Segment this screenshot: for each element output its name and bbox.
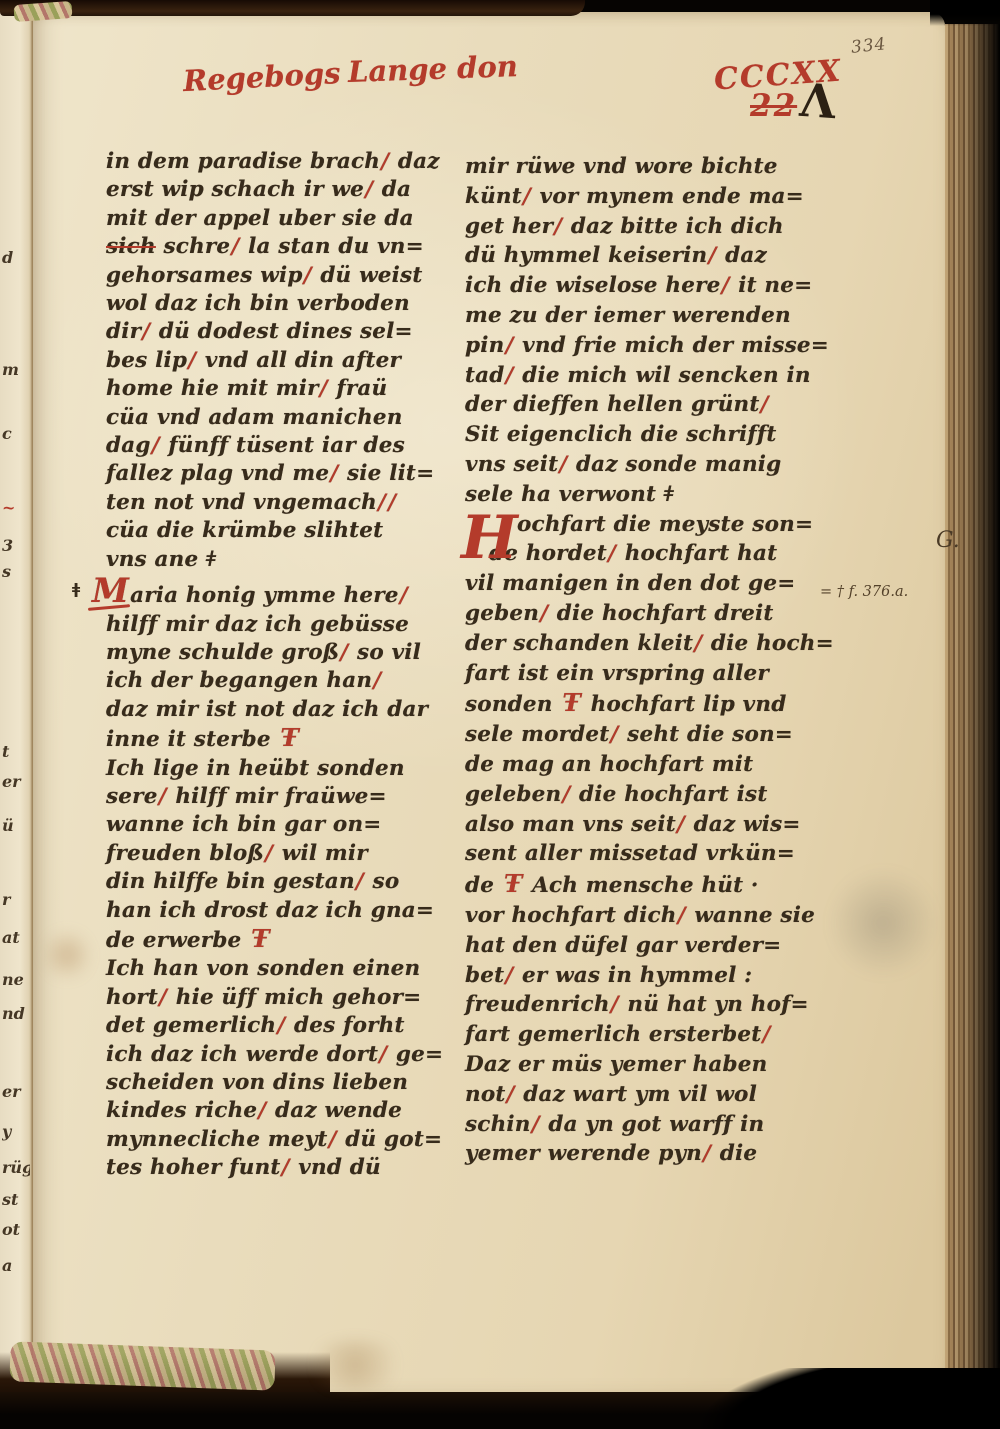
text-line: vil manigen in den dot ge= bbox=[465, 569, 834, 599]
text-line: also man vns seit/ daz wis= bbox=[465, 810, 834, 840]
rubric-virgule: / bbox=[610, 722, 618, 747]
rubric-virgule: / bbox=[608, 541, 616, 566]
rubric-virgule: / bbox=[523, 184, 531, 209]
rubric-virgule: / bbox=[761, 392, 769, 417]
text-line: erst wip schach ir we/ da bbox=[106, 176, 443, 204]
text-line: det gemerlich/ des forht bbox=[106, 1012, 443, 1040]
text-line: mir rüwe vnd wore bichte bbox=[465, 152, 834, 182]
rubric-virgule: / bbox=[400, 583, 408, 608]
rubric-virgule: / bbox=[142, 319, 150, 344]
text-line: din hilffe bin gestan/ so bbox=[106, 868, 443, 896]
text-line: me zu der iemer werenden bbox=[465, 301, 834, 331]
text-line: tes hoher funt/ vnd dü bbox=[106, 1154, 443, 1182]
text-line: wanne ich bin gar on= bbox=[106, 811, 443, 839]
rubric-virgule: / bbox=[540, 601, 548, 626]
rubric-virgule: / bbox=[505, 333, 513, 358]
text-line: cüa vnd adam manichen bbox=[106, 404, 443, 432]
rubric-virgule: / bbox=[507, 1082, 515, 1107]
text-line: ich der begangen han/ bbox=[106, 667, 443, 695]
text-line: hort/ hie üff mich gehor= bbox=[106, 984, 443, 1012]
rubric-virgule: / bbox=[559, 452, 567, 477]
rubric-virgule: / bbox=[505, 963, 513, 988]
text-line: yemer werende pyn/ die bbox=[465, 1139, 834, 1169]
text-line: kindes riche/ daz wende bbox=[106, 1097, 443, 1125]
text-line: tad/ die mich wil sencken in bbox=[465, 361, 834, 391]
text-line: dir/ dü dodest dines sel= bbox=[106, 318, 443, 346]
rubric-virgule: / bbox=[277, 1013, 285, 1038]
text-line: sich schre/ la stan du vn= bbox=[106, 233, 443, 261]
text-line: pin/ vnd frie mich der misse= bbox=[465, 331, 834, 361]
text-line: sele ha verwont ǂ bbox=[465, 480, 834, 510]
text-line: sere/ hilff mir fraüwe= bbox=[106, 783, 443, 811]
rubric-virgule: / bbox=[677, 812, 685, 837]
text-line: sele mordet/ seht die son= bbox=[465, 720, 834, 750]
edge-letter-fragment: t bbox=[2, 742, 30, 761]
rubric-virgule: / bbox=[506, 363, 514, 388]
rubric-virgule: / bbox=[340, 640, 348, 665]
rubric-virgule: / bbox=[188, 348, 196, 373]
text-line: Daz er müs yemer haben bbox=[465, 1050, 834, 1080]
edge-letter-fragment: ot bbox=[2, 1220, 30, 1239]
rubric-virgule: / bbox=[388, 490, 396, 515]
text-line: get her/ daz bitte ich dich bbox=[465, 212, 834, 242]
text-line: in dem paradise brach/ daz bbox=[106, 148, 443, 176]
text-line: han ich drost daz ich gna= bbox=[106, 897, 443, 925]
rubric-virgule: / bbox=[722, 273, 730, 298]
rubric-virgule: / bbox=[379, 1042, 387, 1067]
rubric-virgule: / bbox=[554, 214, 562, 239]
rubric-virgule: / bbox=[159, 985, 167, 1010]
page-stain bbox=[828, 868, 938, 978]
rubric-initial: M bbox=[92, 571, 130, 610]
red-struck-word: sich bbox=[106, 234, 156, 259]
rubric-tie-mark: Ŧ bbox=[504, 869, 523, 898]
page-stain bbox=[44, 925, 90, 985]
edge-letter-fragment: nd bbox=[2, 1004, 30, 1023]
text-line: de erwerbe Ŧ bbox=[106, 925, 443, 955]
backdrop-corner bbox=[930, 0, 1000, 26]
text-line: freudenrich/ nü hat yn hof= bbox=[465, 990, 834, 1020]
edge-letter-fragment: d bbox=[2, 248, 30, 267]
text-line: ich die wiselose here/ it ne= bbox=[465, 271, 834, 301]
tone-rubric-melody: Lange don bbox=[347, 49, 518, 89]
rubric-tie-mark: Ŧ bbox=[251, 924, 270, 953]
edge-letter-fragment: s bbox=[2, 562, 30, 581]
edge-letter-fragment: c bbox=[2, 424, 30, 443]
edge-letter-fragment: m bbox=[2, 360, 30, 379]
manuscript-photo: Regebogs Lange don CCCXX 22 Λ 334 = † f.… bbox=[0, 0, 1000, 1429]
edge-letter-fragment: ~ bbox=[2, 498, 30, 517]
rubric-virgule: / bbox=[611, 992, 619, 1017]
edge-letter-fragment: ne bbox=[2, 970, 30, 989]
page-stain bbox=[300, 1340, 410, 1390]
text-line: fart ist ein vrspring aller bbox=[465, 659, 834, 689]
edge-letter-fragment: ü bbox=[2, 816, 30, 835]
rubric-virgule: / bbox=[258, 1098, 266, 1123]
text-line: schin/ da yn got warff in bbox=[465, 1110, 834, 1140]
edge-letter-fragment: rüg bbox=[2, 1158, 30, 1177]
text-line: myne schulde groß/ so vil bbox=[106, 639, 443, 667]
rubric-tie-mark: Ŧ bbox=[280, 723, 299, 752]
text-line: gehorsames wip/ dü weist bbox=[106, 262, 443, 290]
text-line: ich daz ich werde dort/ ge= bbox=[106, 1041, 443, 1069]
text-line: freuden bloß/ wil mir bbox=[106, 840, 443, 868]
text-line: der schanden kleit/ die hoch= bbox=[465, 629, 834, 659]
rubric-virgule: / bbox=[378, 490, 386, 515]
rubric-virgule: / bbox=[330, 461, 338, 486]
rubric-virgule: / bbox=[356, 869, 364, 894]
edge-letter-fragment: y bbox=[2, 1122, 30, 1141]
edge-letter-fragment: r bbox=[2, 890, 30, 909]
text-line: ochfart die meyste son= bbox=[465, 510, 834, 540]
rubric-virgule: / bbox=[365, 177, 373, 202]
text-line: sonden Ŧ hochfart lip vnd bbox=[465, 688, 834, 720]
text-line: dag/ fünff tüsent iar des bbox=[106, 432, 443, 460]
text-line: de Ŧ Ach mensche hüt · bbox=[465, 869, 834, 901]
text-line: geleben/ die hochfart ist bbox=[465, 780, 834, 810]
text-line: de hordet/ hochfart hat bbox=[465, 539, 834, 569]
text-column-right: mir rüwe vnd wore bichtekünt/ vor mynem … bbox=[465, 152, 834, 1169]
text-line: hilff mir daz ich gebüsse bbox=[106, 611, 443, 639]
rubric-virgule: / bbox=[678, 903, 686, 928]
rubric-virgule: / bbox=[532, 1112, 540, 1137]
text-line: bes lip/ vnd all din after bbox=[106, 347, 443, 375]
rubric-virgule: / bbox=[320, 376, 328, 401]
folio-number-struck: 22 bbox=[750, 88, 797, 124]
rubric-virgule: / bbox=[703, 1141, 711, 1166]
text-line: hat den düfel gar verder= bbox=[465, 931, 834, 961]
rubric-virgule: / bbox=[562, 782, 570, 807]
text-line: scheiden von dins lieben bbox=[106, 1069, 443, 1097]
rubric-virgule: / bbox=[231, 234, 239, 259]
edge-letter-fragment: a bbox=[2, 1256, 30, 1275]
text-line: de mag an hochfart mit bbox=[465, 750, 834, 780]
text-line: Maria honig ymme here/ bbox=[106, 574, 443, 610]
rubric-virgule: / bbox=[762, 1022, 770, 1047]
edge-letter-fragment: 3 bbox=[2, 536, 30, 555]
binding-top bbox=[0, 0, 585, 16]
text-line: vns seit/ daz sonde manig bbox=[465, 450, 834, 480]
fore-edge-letter-mark: G. bbox=[936, 528, 960, 553]
text-line: daz mir ist not daz ich dar bbox=[106, 696, 443, 724]
text-line: vor hochfart dich/ wanne sie bbox=[465, 901, 834, 931]
rubric-tie-mark: Ŧ bbox=[562, 688, 581, 717]
text-line: bet/ er was in hymmel : bbox=[465, 961, 834, 991]
text-line: Ich lige in heübt sonden bbox=[106, 755, 443, 783]
rubric-virgule: / bbox=[381, 149, 389, 174]
edge-letter-fragment: st bbox=[2, 1190, 30, 1209]
text-line: wol daz ich bin verboden bbox=[106, 290, 443, 318]
text-line: Sit eigenclich die schrifft bbox=[465, 420, 834, 450]
edge-letter-fragment: at bbox=[2, 928, 30, 947]
edge-letter-fragment: er bbox=[2, 1082, 30, 1101]
rubric-virgule: / bbox=[694, 631, 702, 656]
rubric-virgule: / bbox=[152, 433, 160, 458]
text-line: mit der appel uber sie da bbox=[106, 205, 443, 233]
rubric-virgule: / bbox=[304, 263, 312, 288]
text-line: cüa die krümbe slihtet bbox=[106, 517, 443, 545]
folio-number-correction: Λ bbox=[798, 73, 837, 129]
book-fore-edge bbox=[945, 24, 1000, 1384]
rubric-virgule: / bbox=[708, 243, 716, 268]
text-line: sent aller missetad vrkün= bbox=[465, 839, 834, 869]
text-line: künt/ vor mynem ende ma= bbox=[465, 182, 834, 212]
text-line: mynnecliche meyt/ dü got= bbox=[106, 1126, 443, 1154]
text-line: geben/ die hochfart dreit bbox=[465, 599, 834, 629]
text-line: Ich han von sonden einen bbox=[106, 955, 443, 983]
rubric-virgule: / bbox=[159, 784, 167, 809]
text-line: der dieffen hellen grünt/ bbox=[465, 390, 834, 420]
rubric-virgule: / bbox=[373, 668, 381, 693]
rubric-dropcap-initial: H bbox=[461, 508, 518, 568]
text-line: dü hymmel keiserin/ daz bbox=[465, 241, 834, 271]
text-column-left: in dem paradise brach/ dazerst wip schac… bbox=[106, 148, 443, 1183]
edge-letter-fragment: er bbox=[2, 772, 30, 791]
modern-foliation-number: 334 bbox=[850, 34, 887, 58]
text-line: home hie mit mir/ fraü bbox=[106, 375, 443, 403]
margin-verse-mark: ǂ bbox=[72, 580, 80, 598]
text-line: inne it sterbe Ŧ bbox=[106, 724, 443, 754]
text-line: fart gemerlich ersterbet/ bbox=[465, 1020, 834, 1050]
rubric-virgule: / bbox=[329, 1127, 337, 1152]
text-line: fallez plag vnd me/ sie lit= bbox=[106, 460, 443, 488]
rubric-virgule: / bbox=[265, 841, 273, 866]
backdrop-bottom-curve bbox=[560, 1368, 1000, 1429]
text-line: not/ daz wart ym vil wol bbox=[465, 1080, 834, 1110]
rubric-virgule: / bbox=[282, 1155, 290, 1180]
text-line: ten not vnd vngemach// bbox=[106, 489, 443, 517]
text-line: vns ane ǂ bbox=[106, 546, 443, 574]
